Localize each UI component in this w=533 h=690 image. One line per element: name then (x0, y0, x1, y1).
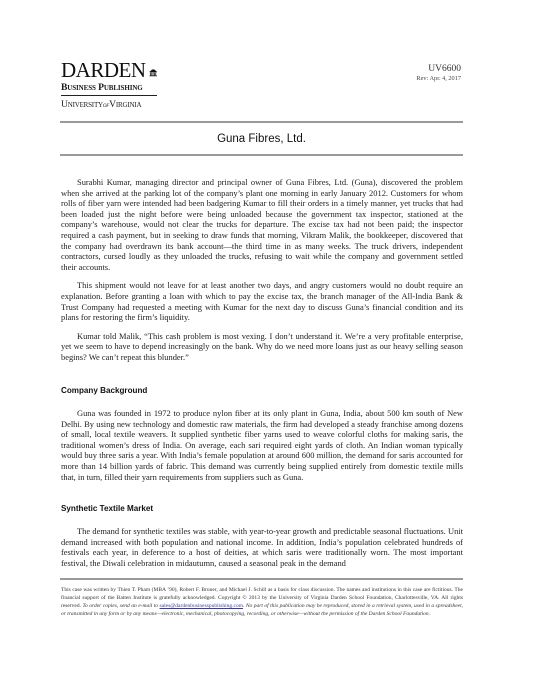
footnote-rule (60, 578, 463, 580)
rotunda-icon (149, 64, 158, 80)
logo-business-publishing: Business Publishing (61, 82, 157, 96)
section-heading: Synthetic Textile Market (61, 504, 153, 513)
title-rule-top (60, 121, 463, 123)
logo-university-of-virginia: UniversityofVirginia (61, 99, 157, 111)
section-heading: Company Background (61, 386, 147, 395)
page-title: Guna Fibres, Ltd. (60, 133, 463, 145)
footnote: This case was written by Thien T. Pham (… (61, 587, 463, 619)
doc-code: UV6600 (416, 64, 461, 75)
logo-darden: DARDEN (61, 61, 146, 80)
paragraph: This shipment would not leave for at lea… (61, 280, 463, 322)
synthetic-textile-section: The demand for synthetic textiles was st… (61, 526, 463, 568)
intro-section: Surabhi Kumar, managing director and pri… (61, 177, 463, 363)
darden-logo: DARDEN Business Publishing UniversityofV… (61, 61, 157, 111)
paragraph: Surabhi Kumar, managing director and pri… (61, 177, 463, 272)
title-rule-bottom (60, 154, 463, 156)
paragraph: Kumar told Malik, “This cash problem is … (61, 331, 463, 363)
paragraph: Guna was founded in 1972 to produce nylo… (61, 408, 463, 482)
company-background-section: Guna was founded in 1972 to produce nylo… (61, 408, 463, 482)
paragraph: The demand for synthetic textiles was st… (61, 526, 463, 568)
sales-email-link[interactable]: sales@dardenbusinesspublishing.com (160, 603, 243, 609)
revision-date: Rev: Apr. 4, 2017 (416, 75, 461, 83)
document-id: UV6600 Rev: Apr. 4, 2017 (416, 64, 461, 83)
